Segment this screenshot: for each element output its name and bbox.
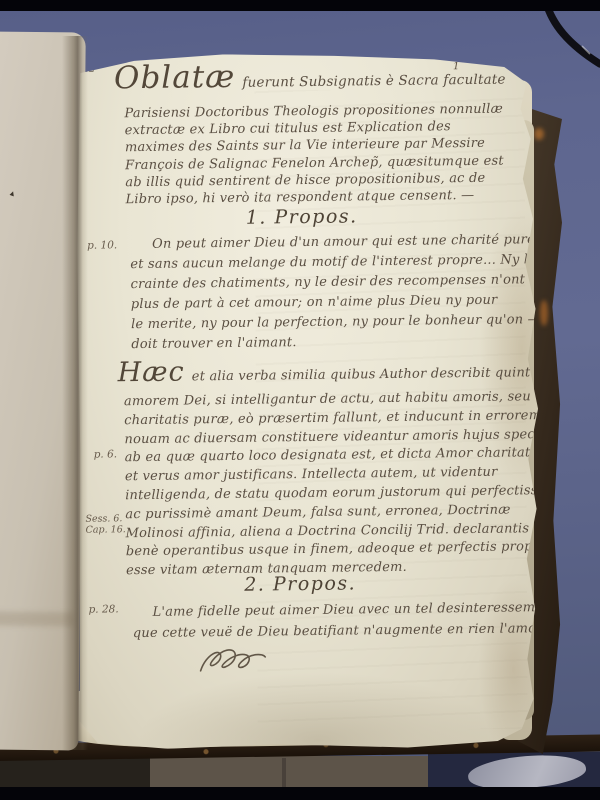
manuscript-line: que cette veuë de Dieu beatifiant n'augm…: [133, 618, 575, 644]
letterbox-bar-bottom: [0, 787, 600, 800]
letterbox-bar-top: [0, 0, 600, 11]
proposition-2-paragraph: L'ame fidelle peut aimer Dieu avec un te…: [132, 598, 575, 644]
heading-proposition-2: 2. Propos.: [244, 572, 356, 595]
margin-note-p6: p. 6.: [94, 448, 118, 460]
intro-paragraph: Parisiensi Doctoribus Theologis proposit…: [124, 101, 504, 209]
margin-note-p28: p. 28.: [88, 603, 118, 615]
ink-blot-mark: ▴: [9, 188, 21, 200]
margin-note-p10: p. 10.: [87, 239, 117, 251]
manuscript-text-layer: 12 57 1 Oblatæfuerunt Subsignatis è Sacr…: [72, 47, 543, 753]
cover-rust-stain: [534, 128, 544, 140]
manuscript-line: doit trouver en l'aimant.: [131, 330, 555, 355]
recto-page: 12 57 1 Oblatæfuerunt Subsignatis è Sacr…: [74, 49, 540, 751]
book-gutter-shadow: [62, 36, 88, 750]
margin-note-chapter: Cap. 16.: [86, 524, 126, 535]
heading-proposition-1: 1. Propos.: [246, 205, 358, 228]
censure-first-line: Hæcet alia verba similia quibus Author d…: [118, 359, 570, 387]
calligraphic-initial: Oblatæ: [114, 59, 236, 96]
floor-tile-seam: [282, 758, 286, 790]
intro-first-line: Oblatæfuerunt Subsignatis è Sacra facult…: [114, 66, 506, 94]
calligraphic-initial: Hæc: [117, 356, 184, 388]
floor-shadow-box: [0, 758, 150, 790]
power-cable: [450, 0, 600, 100]
proposition-1-paragraph: On peut aimer Dieu d'un amour qui est un…: [130, 230, 555, 355]
margin-note-session: Sess. 6.: [85, 513, 122, 524]
cover-rust-stain: [540, 300, 548, 326]
censure-paragraph: amorem Dei, si intelligantur de actu, au…: [124, 388, 595, 582]
censure-first-line-text: et alia verba similia quibus Author desc…: [192, 365, 569, 385]
manuscript-photo: ▴ 12 57 1 Oblatæfuerunt Subsignatis è Sa…: [0, 0, 600, 800]
